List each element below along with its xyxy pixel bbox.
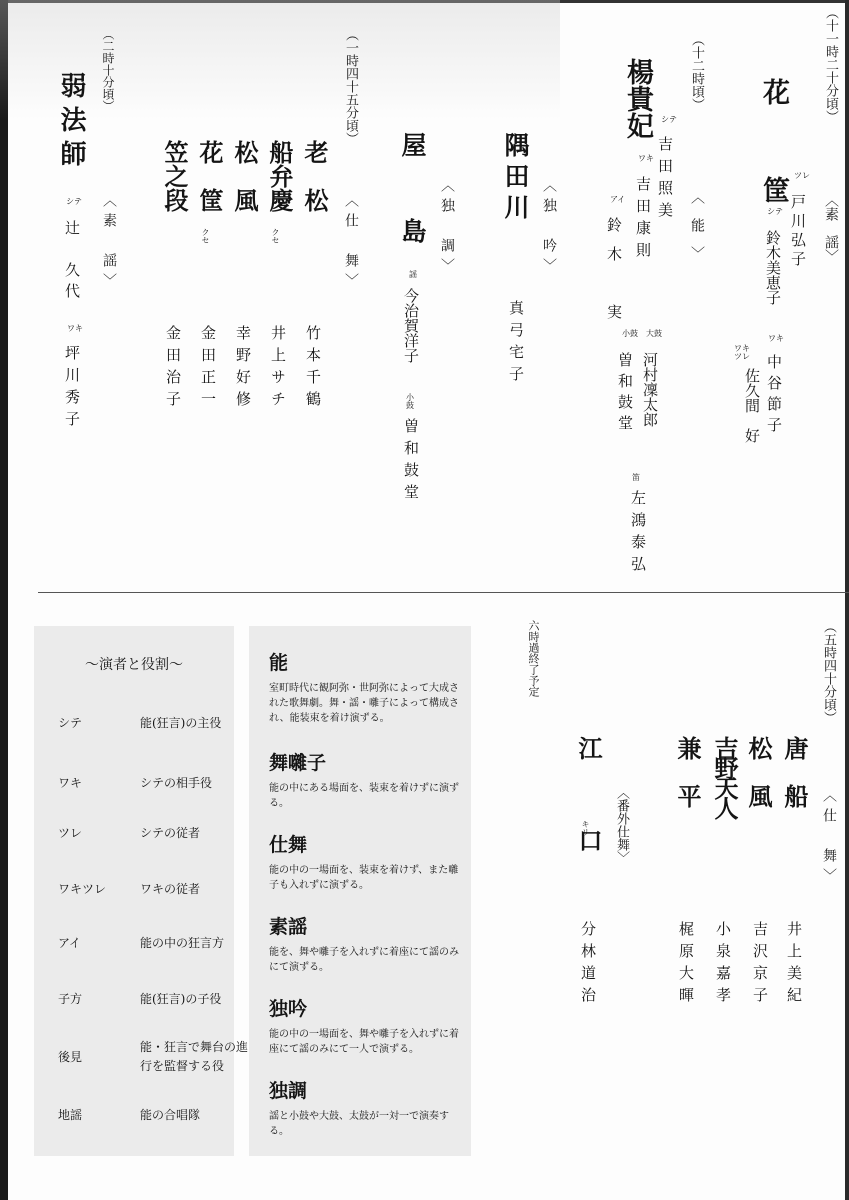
cast-name: 辻 久代 bbox=[64, 220, 79, 304]
term-heading: 素謡 bbox=[269, 912, 459, 939]
role-key: シテ bbox=[58, 714, 128, 731]
term-description: 謡と小鼓や大鼓、太鼓が一対一で演奏する。 bbox=[269, 1109, 459, 1139]
term-description: 室町時代に観阿弥・世阿弥によって大成された歌舞劇。舞・謡・囃子によって構成され、… bbox=[269, 681, 459, 726]
cast-name: 佐久間 好 bbox=[744, 368, 759, 443]
piece-note: クセ bbox=[200, 228, 211, 244]
role-label: 大鼓 bbox=[646, 330, 662, 338]
genre-yashima: 〈独 調〉 bbox=[440, 178, 454, 278]
end-time-note: 六時過終了予定 bbox=[525, 620, 541, 697]
section-divider bbox=[38, 592, 849, 593]
performer-name: 金田正一 bbox=[200, 325, 215, 413]
cast-name: 坪川秀子 bbox=[64, 345, 79, 433]
title-sumidagawa: 隅田川 bbox=[503, 132, 528, 225]
performer-name: 井上サチ bbox=[270, 325, 285, 413]
term-heading: 仕舞 bbox=[269, 830, 459, 857]
genre-sumidagawa: 〈独 吟〉 bbox=[542, 178, 556, 278]
role-label: 謡 bbox=[409, 271, 417, 279]
role-label: シテ bbox=[661, 116, 677, 124]
role-key: 後見 bbox=[58, 1048, 128, 1065]
shimai-piece-title: 松 風 bbox=[746, 736, 770, 808]
title-bangai: 江 口 bbox=[576, 736, 600, 874]
cast-name: 鈴木美恵子 bbox=[765, 230, 780, 305]
role-desc: シテの相手役 bbox=[140, 774, 250, 793]
term-description: 能の中の一場面を、舞や囃子を入れずに着座にて謡のみにて一人で演ずる。 bbox=[269, 1027, 459, 1057]
role-label: ワキ bbox=[638, 155, 654, 163]
term-description: 能の中にある場面を、装束を着けずに演ずる。 bbox=[269, 781, 459, 811]
role-label: ワキ bbox=[67, 325, 83, 333]
genre-yoroboshi: 〈素 謡〉 bbox=[102, 193, 116, 293]
term-entry: 仕舞能の中の一場面を、装束を着けず、また囃子も入れずに演ずる。 bbox=[269, 830, 459, 893]
shimai-piece-title: 唐 船 bbox=[782, 736, 806, 808]
role-label: アイ bbox=[610, 196, 625, 204]
role-desc: シテの従者 bbox=[140, 824, 250, 843]
role-desc: 能(狂言)の子役 bbox=[140, 990, 250, 1009]
time-yoroboshi: （二時十分頃） bbox=[102, 28, 114, 112]
cast-name: 今治賀洋子 bbox=[403, 288, 418, 363]
genre-shimai2: 〈仕 舞〉 bbox=[822, 788, 836, 888]
role-key: 子方 bbox=[58, 990, 128, 1007]
role-label: ワキツレ bbox=[734, 345, 752, 361]
roles-panel-title: 〜演者と役割〜 bbox=[34, 654, 234, 674]
performer-name: 井上美紀 bbox=[786, 921, 801, 1009]
title-yashima: 屋 島 bbox=[400, 132, 425, 261]
performer-name: 分林道治 bbox=[580, 921, 595, 1009]
shimai-piece-title: 松 風 bbox=[232, 140, 256, 212]
cast-name: 吉田照美 bbox=[657, 136, 672, 224]
performer-name: 金田治子 bbox=[165, 325, 180, 413]
term-entry: 素謡能を、舞や囃子を入れずに着座にて謡のみにて演ずる。 bbox=[269, 912, 459, 975]
title-yoroboshi: 弱法師 bbox=[58, 72, 84, 174]
role-label: ツレ bbox=[794, 172, 810, 180]
cast-name: 真弓宅子 bbox=[508, 300, 523, 388]
time-hanagatami: （十一時二十分頃） bbox=[824, 6, 837, 123]
role-desc: ワキの従者 bbox=[140, 880, 250, 899]
term-heading: 能 bbox=[269, 648, 459, 675]
cast-name: 曽和鼓堂 bbox=[617, 352, 632, 436]
page-edge-left bbox=[0, 0, 8, 1200]
cast-name: 曽和鼓堂 bbox=[403, 418, 418, 506]
cast-name: 中谷節子 bbox=[766, 354, 781, 438]
cast-name: 鈴木 実 bbox=[606, 217, 621, 333]
page-edge-right bbox=[845, 0, 849, 1200]
piece-note: クセ bbox=[270, 228, 281, 244]
term-description: 能を、舞や囃子を入れずに着座にて謡のみにて演ずる。 bbox=[269, 945, 459, 975]
time-yokihi: （十二時頃） bbox=[690, 33, 703, 111]
performer-name: 幸野好修 bbox=[235, 325, 250, 413]
cast-name: 吉田康則 bbox=[635, 176, 650, 264]
shimai-piece-title: 兼 平 bbox=[675, 736, 699, 808]
performer-name: 梶原大暉 bbox=[678, 921, 693, 1009]
genre-yokihi: 〈 能 〉 bbox=[690, 190, 704, 260]
term-heading: 舞囃子 bbox=[269, 748, 459, 775]
shimai-piece-title: 老 松 bbox=[302, 140, 326, 212]
terms-panel: 能室町時代に観阿弥・世阿弥によって大成された歌舞劇。舞・謡・囃子によって構成され… bbox=[249, 626, 471, 1156]
term-entry: 独吟能の中の一場面を、舞や囃子を入れずに着座にて謡のみにて一人で演ずる。 bbox=[269, 994, 459, 1057]
genre-hanagatami: 〈素 謡〉 bbox=[824, 193, 838, 263]
cast-name: 河村凜太郎 bbox=[642, 352, 657, 427]
role-desc: 能(狂言)の主役 bbox=[140, 714, 250, 733]
role-key: ツレ bbox=[58, 824, 128, 841]
shimai-piece-title: 笠之段 bbox=[162, 140, 186, 212]
role-desc: 能の中の狂言方 bbox=[140, 934, 250, 953]
time-shimai2: （五時四十分頃） bbox=[822, 620, 835, 724]
genre-shimai1: 〈仕 舞〉 bbox=[344, 193, 358, 293]
shimai-piece-title: 花 筐 bbox=[197, 140, 221, 212]
role-desc: 能・狂言で舞台の進行を監督する役 bbox=[140, 1038, 250, 1075]
performer-name: 小泉嘉孝 bbox=[715, 921, 730, 1009]
shimai-piece-title: 吉野天人 bbox=[712, 736, 736, 816]
role-key: ワキツレ bbox=[58, 880, 128, 897]
term-heading: 独吟 bbox=[269, 994, 459, 1021]
shimai-piece-title: 船弁慶 bbox=[267, 140, 291, 212]
title-yokihi: 楊貴妃 bbox=[624, 58, 651, 139]
time-shimai1: （一時四十五分頃） bbox=[344, 28, 357, 145]
roles-panel: 〜演者と役割〜 シテ能(狂言)の主役 ワキシテの相手役 ツレシテの従者 ワキツレ… bbox=[34, 626, 234, 1156]
role-key: アイ bbox=[58, 934, 128, 951]
role-label: ワキ bbox=[768, 335, 784, 343]
term-entry: 独調謡と小鼓や大鼓、太鼓が一対一で演奏する。 bbox=[269, 1076, 459, 1139]
term-entry: 舞囃子能の中にある場面を、装束を着けずに演ずる。 bbox=[269, 748, 459, 811]
cast-name: 左鴻泰弘 bbox=[630, 490, 645, 578]
role-key: ワキ bbox=[58, 774, 128, 791]
term-description: 能の中の一場面を、装束を着けず、また囃子も入れずに演ずる。 bbox=[269, 863, 459, 893]
title-hanagatami: 花 筐 bbox=[760, 78, 787, 225]
role-key: 地謡 bbox=[58, 1106, 128, 1123]
role-label: 小鼓 bbox=[406, 394, 416, 410]
piece-note: キリ bbox=[580, 820, 591, 836]
role-label: シテ bbox=[767, 208, 783, 216]
role-label: 小鼓 bbox=[622, 330, 638, 338]
term-heading: 独調 bbox=[269, 1076, 459, 1103]
performer-name: 吉沢京子 bbox=[752, 921, 767, 1009]
cast-name: 戸川弘子 bbox=[790, 194, 805, 270]
performer-name: 竹本千鶴 bbox=[305, 325, 320, 413]
role-label: 笛 bbox=[632, 474, 640, 482]
role-label: シテ bbox=[66, 198, 82, 206]
role-desc: 能の合唱隊 bbox=[140, 1106, 250, 1125]
genre-bangai: 〈番外仕舞〉 bbox=[615, 786, 628, 864]
term-entry: 能室町時代に観阿弥・世阿弥によって大成された歌舞劇。舞・謡・囃子によって構成され… bbox=[269, 648, 459, 726]
